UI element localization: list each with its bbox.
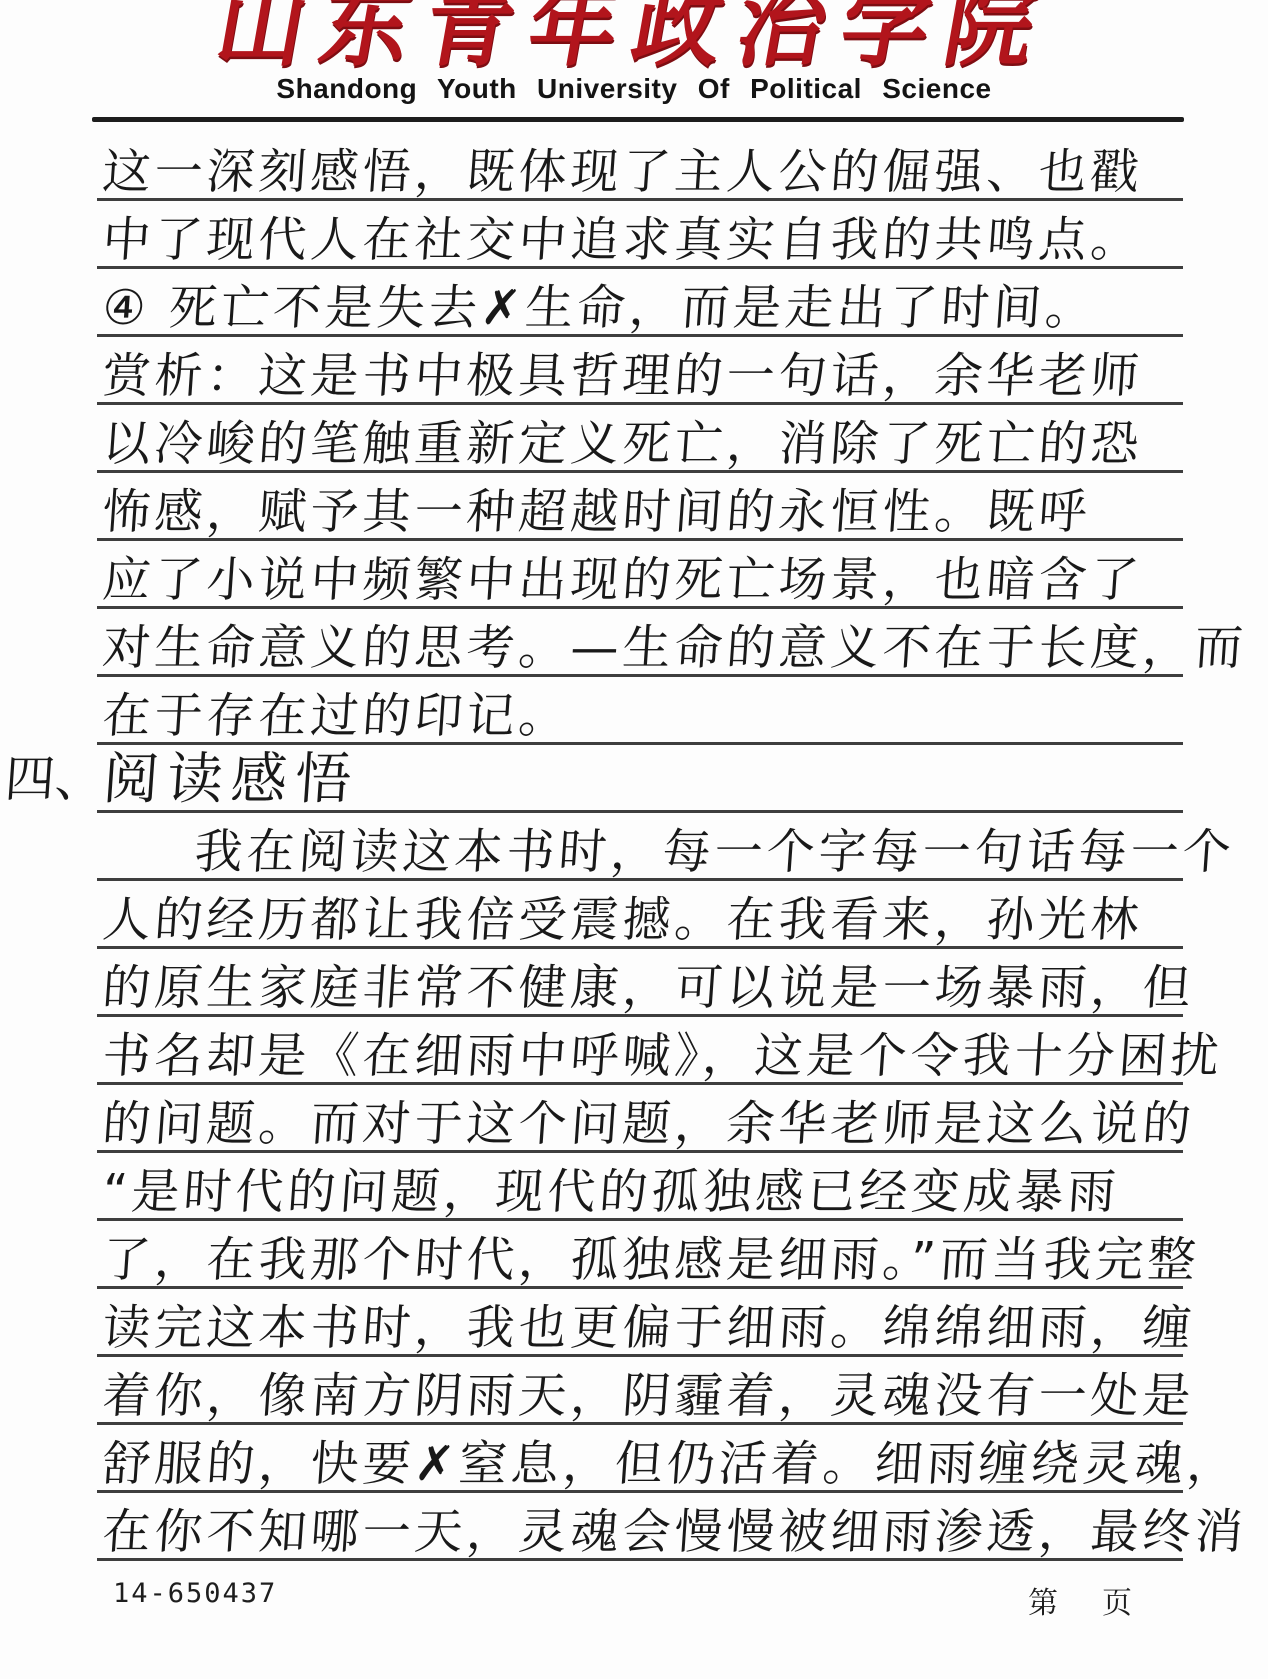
- handwritten-line: 怖感，赋予其一种超越时间的永恒性。既呼: [97, 473, 1183, 541]
- handwritten-line: 了，在我那个时代，孤独感是细雨。”而当我完整: [97, 1221, 1183, 1289]
- line-text: ④ 死亡不是失去✗生命，而是走出了时间。: [101, 284, 1099, 332]
- handwritten-line: ④ 死亡不是失去✗生命，而是走出了时间。: [97, 269, 1183, 337]
- handwritten-line: 在你不知哪一天，灵魂会慢慢被细雨渗透，最终消: [97, 1493, 1183, 1561]
- header-divider: [92, 117, 1184, 122]
- line-text: 书名却是《在细雨中呼喊》，这是个令我十分困扰: [101, 1032, 1224, 1080]
- line-text: 我在阅读这本书时，每一个字每一句话每一个: [193, 828, 1236, 876]
- handwritten-line: 读完这本书时，我也更偏于细雨。绵绵细雨，缠: [97, 1289, 1183, 1357]
- handwritten-line-section-heading: 四、 阅读感悟: [97, 745, 1183, 813]
- handwritten-line: 着你，像南方阴雨天，阴霾着，灵魂没有一处是: [97, 1357, 1183, 1425]
- line-text: “是时代的问题，现代的孤独感已经变成暴雨: [101, 1168, 1121, 1216]
- line-text: 对生命意义的思考。—生命的意义不在于长度，而: [101, 624, 1248, 672]
- university-english-name: Shandong Youth University Of Political S…: [0, 74, 1268, 105]
- handwritten-line: 的原生家庭非常不健康，可以说是一场暴雨，但: [97, 949, 1183, 1017]
- section-number-margin-label: 四、: [3, 754, 106, 804]
- handwritten-line: 我在阅读这本书时，每一个字每一句话每一个: [97, 813, 1183, 881]
- handwritten-line: “是时代的问题，现代的孤独感已经变成暴雨: [97, 1153, 1183, 1221]
- line-text: 了，在我那个时代，孤独感是细雨。”而当我完整: [101, 1236, 1201, 1284]
- notebook-page: 山东青年政治学院 Shandong Youth University Of Po…: [0, 0, 1268, 1679]
- line-text: 的原生家庭非常不健康，可以说是一场暴雨，但: [101, 964, 1196, 1012]
- handwritten-line: 书名却是《在细雨中呼喊》，这是个令我十分困扰: [97, 1017, 1183, 1085]
- section-heading-text: 阅读感悟: [101, 752, 361, 808]
- line-text: 这一深刻感悟，既体现了主人公的倔强、也戳: [101, 148, 1144, 196]
- line-text: 在你不知哪一天，灵魂会慢慢被细雨渗透，最终消: [101, 1508, 1248, 1556]
- ruled-writing-area: 这一深刻感悟，既体现了主人公的倔强、也戳 中了现代人在社交中追求真实自我的共鸣点…: [97, 133, 1183, 1561]
- line-text: 读完这本书时，我也更偏于细雨。绵绵细雨，缠: [101, 1304, 1196, 1352]
- handwritten-line: 的问题。而对于这个问题，余华老师是这么说的: [97, 1085, 1183, 1153]
- page-number-label: 第 页: [1028, 1578, 1132, 1622]
- handwritten-line: 这一深刻感悟，既体现了主人公的倔强、也戳: [97, 133, 1183, 201]
- handwritten-line: 应了小说中频繁中出现的死亡场景，也暗含了: [97, 541, 1183, 609]
- handwritten-line: 对生命意义的思考。—生命的意义不在于长度，而: [97, 609, 1183, 677]
- page-word-ye: 页: [1102, 1578, 1132, 1622]
- handwritten-line: 中了现代人在社交中追求真实自我的共鸣点。: [97, 201, 1183, 269]
- line-text: 着你，像南方阴雨天，阴霾着，灵魂没有一处是: [101, 1372, 1196, 1420]
- line-text: 的问题。而对于这个问题，余华老师是这么说的: [101, 1100, 1196, 1148]
- letterhead: 山东青年政治学院: [0, 0, 1268, 80]
- page-word-di: 第: [1028, 1578, 1058, 1622]
- line-text: 在于存在过的印记。: [101, 692, 572, 740]
- line-text: 人的经历都让我倍受震撼。在我看来，孙光林: [101, 896, 1144, 944]
- handwritten-line: 赏析：这是书中极具哲理的一句话，余华老师: [97, 337, 1183, 405]
- line-text: 以冷峻的笔触重新定义死亡，消除了死亡的恐: [101, 420, 1144, 468]
- handwritten-line: 舒服的，快要✗窒息，但仍活着。细雨缠绕灵魂，: [97, 1425, 1183, 1493]
- handwritten-line: 在于存在过的印记。: [97, 677, 1183, 745]
- handwritten-line: 人的经历都让我倍受震撼。在我看来，孙光林: [97, 881, 1183, 949]
- university-calligraphy-logo: 山东青年政治学院: [210, 0, 1058, 72]
- student-id-code: 14-650437: [113, 1578, 277, 1609]
- line-text: 舒服的，快要✗窒息，但仍活着。细雨缠绕灵魂，: [101, 1440, 1241, 1488]
- line-text: 应了小说中频繁中出现的死亡场景，也暗含了: [101, 556, 1144, 604]
- handwritten-line: 以冷峻的笔触重新定义死亡，消除了死亡的恐: [97, 405, 1183, 473]
- line-text: 中了现代人在社交中追求真实自我的共鸣点。: [101, 216, 1144, 264]
- line-text: 怖感，赋予其一种超越时间的永恒性。既呼: [101, 488, 1092, 536]
- page-number-blank: [1058, 1578, 1102, 1622]
- line-text: 赏析：这是书中极具哲理的一句话，余华老师: [101, 352, 1144, 400]
